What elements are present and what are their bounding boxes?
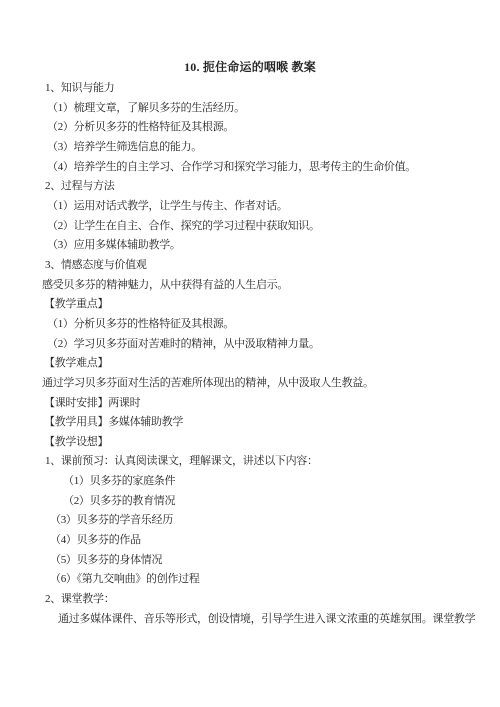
document-title: 10. 扼住命运的咽喉 教案 [0, 59, 500, 75]
list-item-line: （1）梳理文章，了解贝多芬的生活经历。 [0, 99, 500, 119]
list-item-line: （1）分析贝多芬的性格特征及其根源。 [0, 315, 500, 335]
list-item-line: （4）培养学生的自主学习、合作学习和探究学习能力，思考传主的生命价值。 [0, 158, 500, 178]
sub-list-item-line: （2）贝多芬的教育情况 [0, 492, 500, 512]
paragraph-line: 感受贝多芬的精神魅力，从中获得有益的人生启示。 [0, 276, 500, 296]
bracket-heading-line: 【教学难点】 [0, 354, 500, 374]
bracket-heading-line: 【课时安排】两课时 [0, 394, 500, 414]
paragraph-line: 通过学习贝多芬面对生活的苦难所体现出的精神，从中汲取人生教益。 [0, 374, 500, 394]
list-item-line: （2）学习贝多芬面对苦难时的精神，从中汲取精神力量。 [0, 335, 500, 355]
bracket-heading-line: 【教学设想】 [0, 433, 500, 453]
sub-list-item-line: （1）贝多芬的家庭条件 [0, 472, 500, 492]
section-heading-line: 1、课前预习：认真阅读课文，理解课文，讲述以下内容： [0, 452, 500, 472]
document-body: 1、知识与能力 （1）梳理文章，了解贝多芬的生活经历。 （2）分析贝多芬的性格特… [0, 79, 500, 629]
section-heading-line: 2、过程与方法 [0, 177, 500, 197]
section-heading-line: 3、情感态度与价值观 [0, 256, 500, 276]
list-item-line: （1）运用对话式教学，让学生与传主、作者对话。 [0, 197, 500, 217]
list-item-line: （3）应用多媒体辅助教学。 [0, 236, 500, 256]
list-item-line: （2）让学生在自主、合作、探究的学习过程中获取知识。 [0, 217, 500, 237]
list-item-line: （3）培养学生筛选信息的能力。 [0, 138, 500, 158]
list-item-line: （2）分析贝多芬的性格特征及其根源。 [0, 118, 500, 138]
sub-list-item-line: （4）贝多芬的作品 [0, 531, 500, 551]
bracket-heading-line: 【教学重点】 [0, 295, 500, 315]
document-page: 10. 扼住命运的咽喉 教案 1、知识与能力 （1）梳理文章，了解贝多芬的生活经… [0, 0, 500, 707]
section-heading-line: 2、课堂教学： [0, 590, 500, 610]
sub-list-item-line: （5）贝多芬的身体情况 [0, 551, 500, 571]
section-heading-line: 1、知识与能力 [0, 79, 500, 99]
sub-list-item-line: （6）《第九交响曲》的创作过程 [0, 570, 500, 590]
paragraph-line: 通过多媒体课件、音乐等形式，创设情境，引导学生进入课文浓重的英雄氛围。课堂教学 [0, 610, 500, 630]
bracket-heading-line: 【教学用具】多媒体辅助教学 [0, 413, 500, 433]
sub-list-item-line: （3）贝多芬的学音乐经历 [0, 511, 500, 531]
